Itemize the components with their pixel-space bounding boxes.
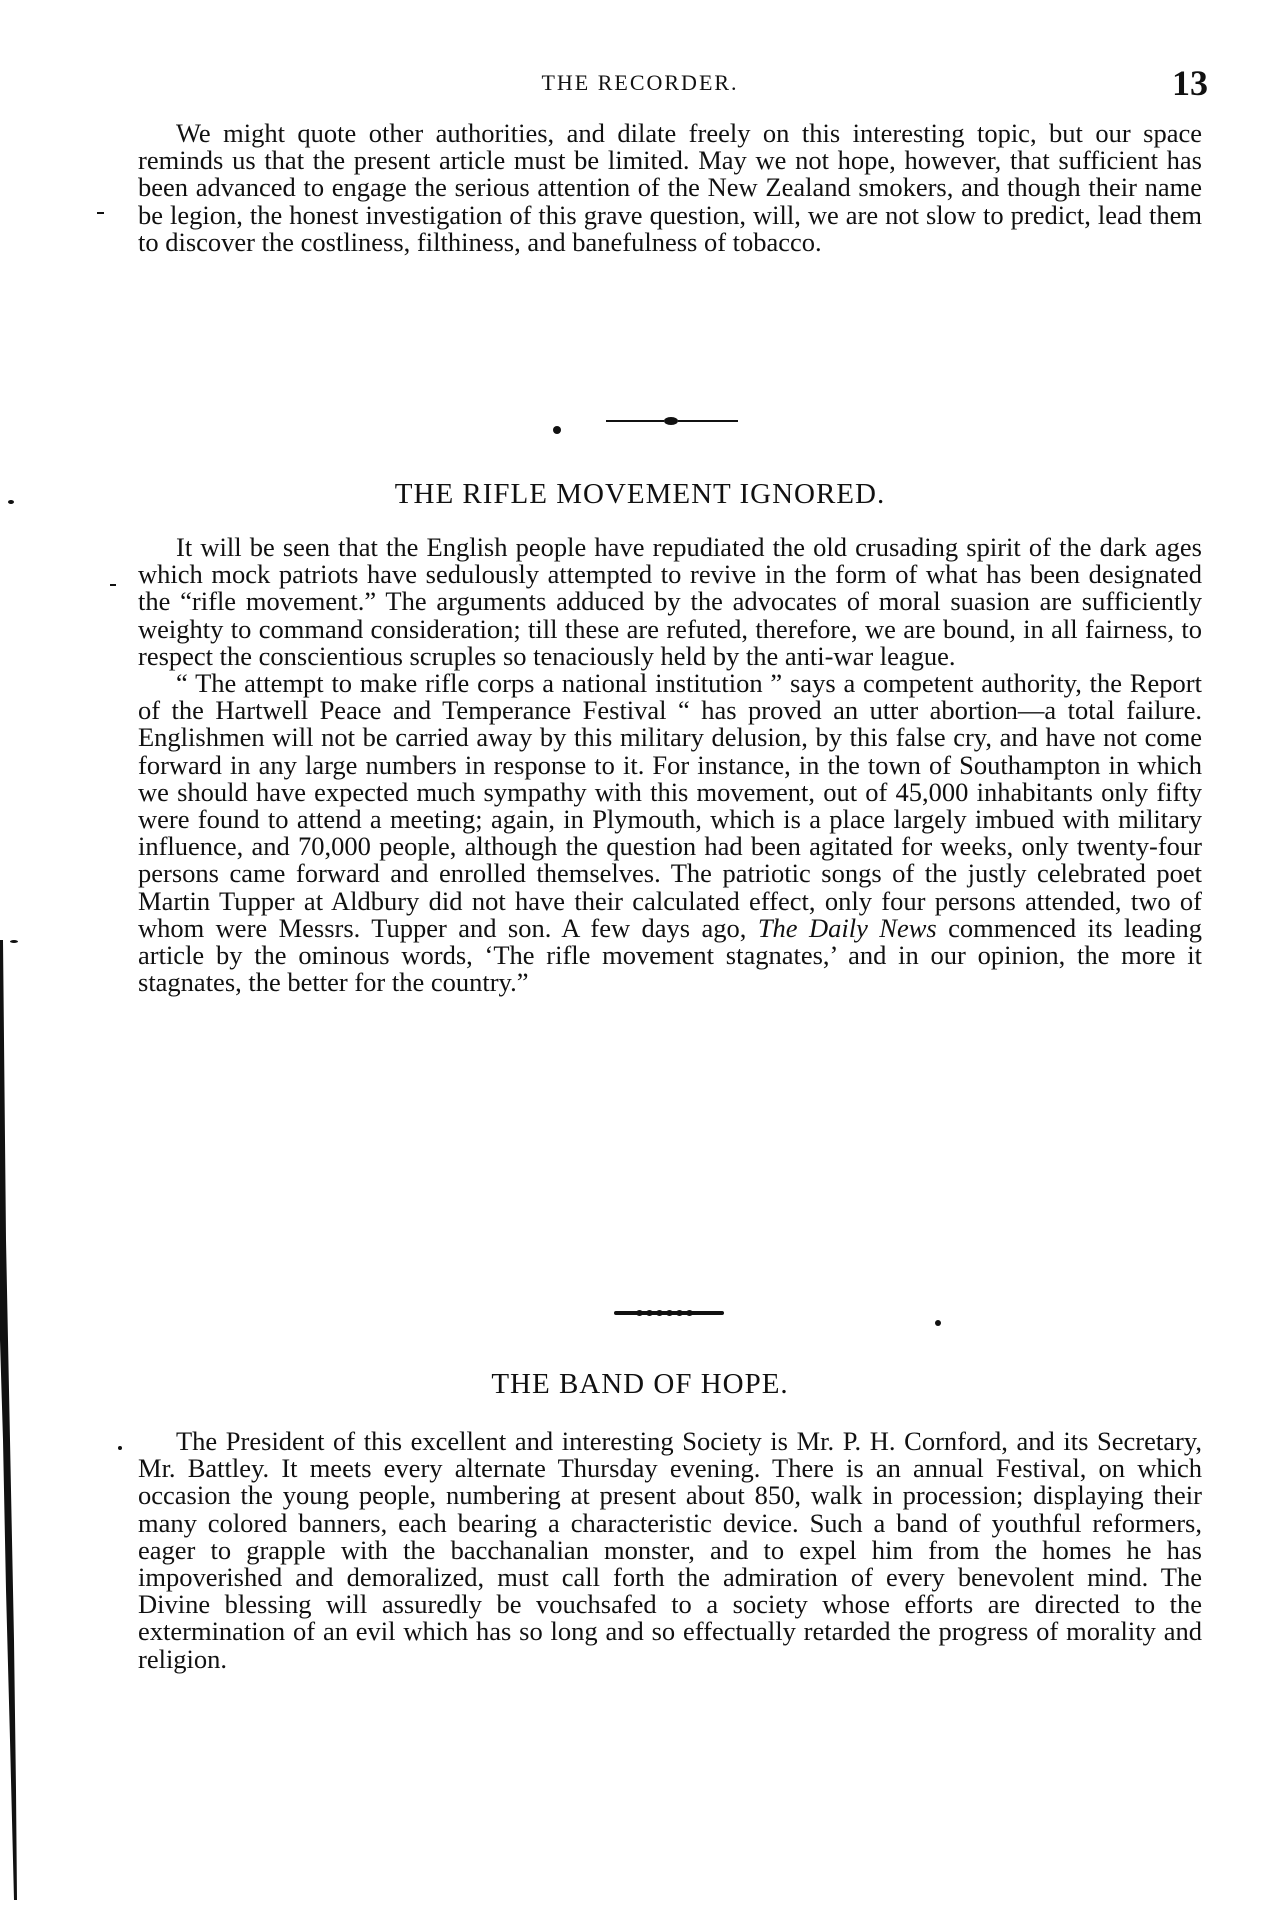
section-heading-rifle-movement: THE RIFLE MOVEMENT IGNORED. bbox=[0, 478, 1280, 511]
bead bbox=[686, 1310, 693, 1316]
margin-mark bbox=[97, 212, 104, 214]
document-page: THE RECORDER. 13 We might quote other au… bbox=[0, 0, 1280, 1908]
divider-rule-right bbox=[678, 420, 738, 422]
page-binding-edge bbox=[0, 940, 18, 1900]
bead bbox=[666, 1310, 673, 1316]
paragraph: It will be seen that the English people … bbox=[138, 534, 1202, 670]
divider-rule-left bbox=[606, 420, 664, 422]
page-number: 13 bbox=[1172, 62, 1208, 104]
running-title: THE RECORDER. bbox=[0, 70, 1280, 96]
tobacco-article-conclusion: We might quote other authorities, and di… bbox=[138, 120, 1202, 256]
ink-speck bbox=[553, 426, 561, 434]
band-of-hope-article: The President of this excellent and inte… bbox=[138, 1428, 1202, 1673]
paragraph: We might quote other authorities, and di… bbox=[138, 120, 1202, 256]
paragraph-text: “ The attempt to make rifle corps a nati… bbox=[138, 668, 1202, 943]
margin-mark bbox=[118, 1446, 122, 1450]
paragraph-quotation: “ The attempt to make rifle corps a nati… bbox=[138, 670, 1202, 996]
bead bbox=[656, 1310, 663, 1316]
section-heading-band-of-hope: THE BAND OF HOPE. bbox=[0, 1368, 1280, 1401]
ink-speck bbox=[935, 1320, 941, 1326]
margin-mark bbox=[8, 500, 14, 504]
bead bbox=[636, 1310, 643, 1316]
rifle-movement-article: It will be seen that the English people … bbox=[138, 534, 1202, 996]
newspaper-title: The Daily News bbox=[758, 913, 937, 943]
divider-diamond-icon bbox=[664, 417, 678, 425]
running-head: THE RECORDER. 13 bbox=[0, 62, 1280, 102]
bead bbox=[646, 1310, 653, 1316]
bead bbox=[676, 1310, 683, 1316]
margin-mark bbox=[110, 584, 116, 586]
paragraph: The President of this excellent and inte… bbox=[138, 1428, 1202, 1673]
